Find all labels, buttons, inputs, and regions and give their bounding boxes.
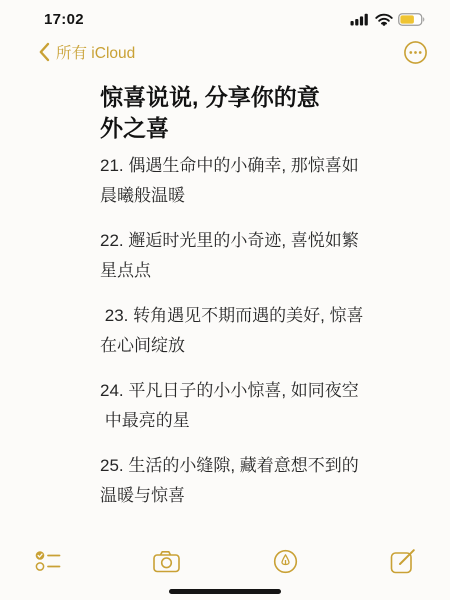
ellipsis-circle-icon [403,40,428,65]
status-bar: 17:02 [0,0,450,32]
compose-icon [390,548,416,574]
note-paragraph-21: 21. 偶遇生命中的小确幸, 那惊喜如 晨曦般温暖 [100,151,370,211]
note-body[interactable]: 惊喜说说, 分享你的意 外之喜 21. 偶遇生命中的小确幸, 那惊喜如 晨曦般温… [100,70,370,526]
note-title: 惊喜说说, 分享你的意 外之喜 [100,82,370,144]
home-indicator[interactable] [169,589,281,594]
camera-button[interactable] [153,550,180,573]
clock: 17:02 [44,11,84,28]
back-button[interactable]: 所有 iCloud [38,41,135,63]
note-paragraph-24: 24. 平凡日子的小小惊喜, 如同夜空 中最亮的星 [100,376,370,436]
more-options-button[interactable] [403,40,428,65]
markup-button[interactable] [273,549,298,574]
checklist-button[interactable] [34,549,61,573]
wifi-icon [375,13,393,26]
compose-button[interactable] [390,548,416,574]
camera-icon [153,550,180,573]
note-paragraphs: 21. 偶遇生命中的小确幸, 那惊喜如 晨曦般温暖 22. 邂逅时光里的小奇迹,… [100,151,370,511]
notes-app-screen: 17:02 [0,0,450,600]
battery-icon [398,13,426,26]
note-paragraph-25: 25. 生活的小缝隙, 藏着意想不到的 温暖与惊喜 [100,451,370,511]
note-paragraph-22: 22. 邂逅时光里的小奇迹, 喜悦如繁 星点点 [100,226,370,286]
cellular-signal-icon [350,13,370,26]
status-icons [350,13,426,26]
markup-icon [273,549,298,574]
note-paragraph-23: 23. 转角遇见不期而遇的美好, 惊喜 在心间绽放 [100,301,370,361]
back-button-label: 所有 iCloud [56,41,135,63]
checklist-icon [34,549,61,573]
bottom-toolbar [0,540,450,582]
nav-bar: 所有 iCloud [0,34,450,70]
chevron-left-icon [38,42,50,62]
